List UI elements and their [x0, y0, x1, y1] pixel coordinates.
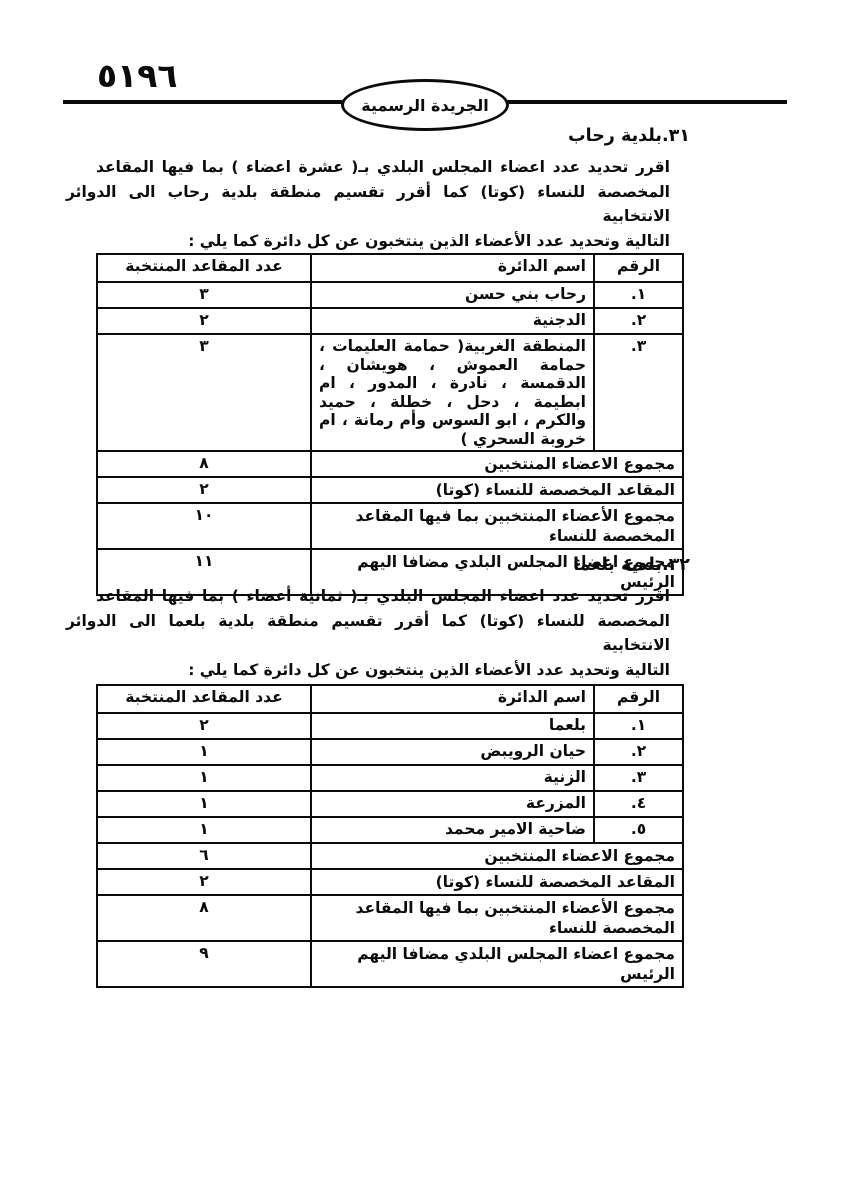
summary-value: ٨: [97, 895, 311, 941]
district-name: ضاحية الامير محمد: [311, 817, 594, 843]
summary-value: ٨: [97, 451, 311, 477]
col-header-seats: عدد المقاعد المنتخبة: [97, 685, 311, 713]
section-31-table: الرقم اسم الدائرة عدد المقاعد المنتخبة ١…: [96, 253, 684, 596]
district-name: الزنية: [311, 765, 594, 791]
col-header-seats: عدد المقاعد المنتخبة: [97, 254, 311, 282]
table-row: ٢. حيان الرويبض ١: [97, 739, 683, 765]
summary-value: ٢: [97, 477, 311, 503]
table-row: ١. بلعما ٢: [97, 713, 683, 739]
seat-count: ١: [97, 765, 311, 791]
summary-label: المقاعد المخصصة للنساء (كوتا): [311, 477, 683, 503]
page-number: ٥١٩٦: [97, 56, 178, 95]
paragraph-line: التالية وتحديد عدد الأعضاء الذين ينتخبون…: [66, 229, 670, 254]
seat-count: ١: [97, 817, 311, 843]
summary-label: مجموع اعضاء المجلس البلدي مضافا اليهم ال…: [311, 941, 683, 987]
table-row: ١. رحاب بني حسن ٣: [97, 282, 683, 308]
row-number: ١.: [594, 713, 683, 739]
district-name: المزرعة: [311, 791, 594, 817]
row-number: ٢.: [594, 739, 683, 765]
summary-value: ١٠: [97, 503, 311, 549]
paragraph-line: اقرر تحديد عدد اعضاء المجلس البلدي بـ( ع…: [96, 155, 670, 180]
summary-label: مجموع الأعضاء المنتخبين بما فيها المقاعد…: [311, 895, 683, 941]
paragraph-line: اقرر تحديد عدد اعضاء المجلس البلدي بـ( ث…: [96, 584, 670, 609]
summary-row: مجموع الاعضاء المنتخبين ٦: [97, 843, 683, 869]
table-row: ٥. ضاحية الامير محمد ١: [97, 817, 683, 843]
summary-label: مجموع الأعضاء المنتخبين بما فيها المقاعد…: [311, 503, 683, 549]
gazette-title: الجريدة الرسمية: [361, 96, 488, 115]
seat-count: ٣: [97, 334, 311, 451]
row-number: ١.: [594, 282, 683, 308]
summary-row: مجموع الأعضاء المنتخبين بما فيها المقاعد…: [97, 895, 683, 941]
summary-row: المقاعد المخصصة للنساء (كوتا) ٢: [97, 477, 683, 503]
paragraph-line: المخصصة للنساء (كوتا) كما أقرر تقسيم منط…: [66, 609, 670, 658]
district-name: بلعما: [311, 713, 594, 739]
section-32-table: الرقم اسم الدائرة عدد المقاعد المنتخبة ١…: [96, 684, 684, 988]
summary-value: ٦: [97, 843, 311, 869]
table-header-row: الرقم اسم الدائرة عدد المقاعد المنتخبة: [97, 685, 683, 713]
table-row: ٢. الدجنية ٢: [97, 308, 683, 334]
table-row: ٣. الزنية ١: [97, 765, 683, 791]
paragraph-line: التالية وتحديد عدد الأعضاء الذين ينتخبون…: [66, 658, 670, 683]
gazette-page: ٥١٩٦ الجريدة الرسمية ٣١.بلدية رحاب اقرر …: [0, 0, 850, 1193]
table-header-row: الرقم اسم الدائرة عدد المقاعد المنتخبة: [97, 254, 683, 282]
col-header-number: الرقم: [594, 685, 683, 713]
table-row: ٣. المنطقة الغربية( حمامة العليمات ، حما…: [97, 334, 683, 451]
row-number: ٢.: [594, 308, 683, 334]
section-32-title: ٣٢.بلدية بلعما: [573, 555, 690, 575]
col-header-number: الرقم: [594, 254, 683, 282]
col-header-district: اسم الدائرة: [311, 685, 594, 713]
seat-count: ٢: [97, 308, 311, 334]
section-31-title: ٣١.بلدية رحاب: [568, 126, 690, 146]
section-31-paragraph: اقرر تحديد عدد اعضاء المجلس البلدي بـ( ع…: [66, 155, 670, 253]
row-number: ٥.: [594, 817, 683, 843]
col-header-district: اسم الدائرة: [311, 254, 594, 282]
summary-row: مجموع الأعضاء المنتخبين بما فيها المقاعد…: [97, 503, 683, 549]
summary-row: مجموع الاعضاء المنتخبين ٨: [97, 451, 683, 477]
row-number: ٤.: [594, 791, 683, 817]
summary-row: المقاعد المخصصة للنساء (كوتا) ٢: [97, 869, 683, 895]
summary-value: ٩: [97, 941, 311, 987]
table-row: ٤. المزرعة ١: [97, 791, 683, 817]
summary-label: مجموع الاعضاء المنتخبين: [311, 451, 683, 477]
district-name: المنطقة الغربية( حمامة العليمات ، حمامة …: [311, 334, 594, 451]
summary-row: مجموع اعضاء المجلس البلدي مضافا اليهم ال…: [97, 941, 683, 987]
section-32-paragraph: اقرر تحديد عدد اعضاء المجلس البلدي بـ( ث…: [66, 584, 670, 682]
district-name: الدجنية: [311, 308, 594, 334]
district-name: حيان الرويبض: [311, 739, 594, 765]
summary-label: مجموع الاعضاء المنتخبين: [311, 843, 683, 869]
district-name: رحاب بني حسن: [311, 282, 594, 308]
gazette-title-oval: الجريدة الرسمية: [341, 79, 509, 131]
seat-count: ٢: [97, 713, 311, 739]
paragraph-line: المخصصة للنساء (كوتا) كما أقرر تقسيم منط…: [66, 180, 670, 229]
seat-count: ١: [97, 739, 311, 765]
seat-count: ١: [97, 791, 311, 817]
summary-value: ٢: [97, 869, 311, 895]
seat-count: ٣: [97, 282, 311, 308]
summary-label: المقاعد المخصصة للنساء (كوتا): [311, 869, 683, 895]
row-number: ٣.: [594, 334, 683, 451]
row-number: ٣.: [594, 765, 683, 791]
